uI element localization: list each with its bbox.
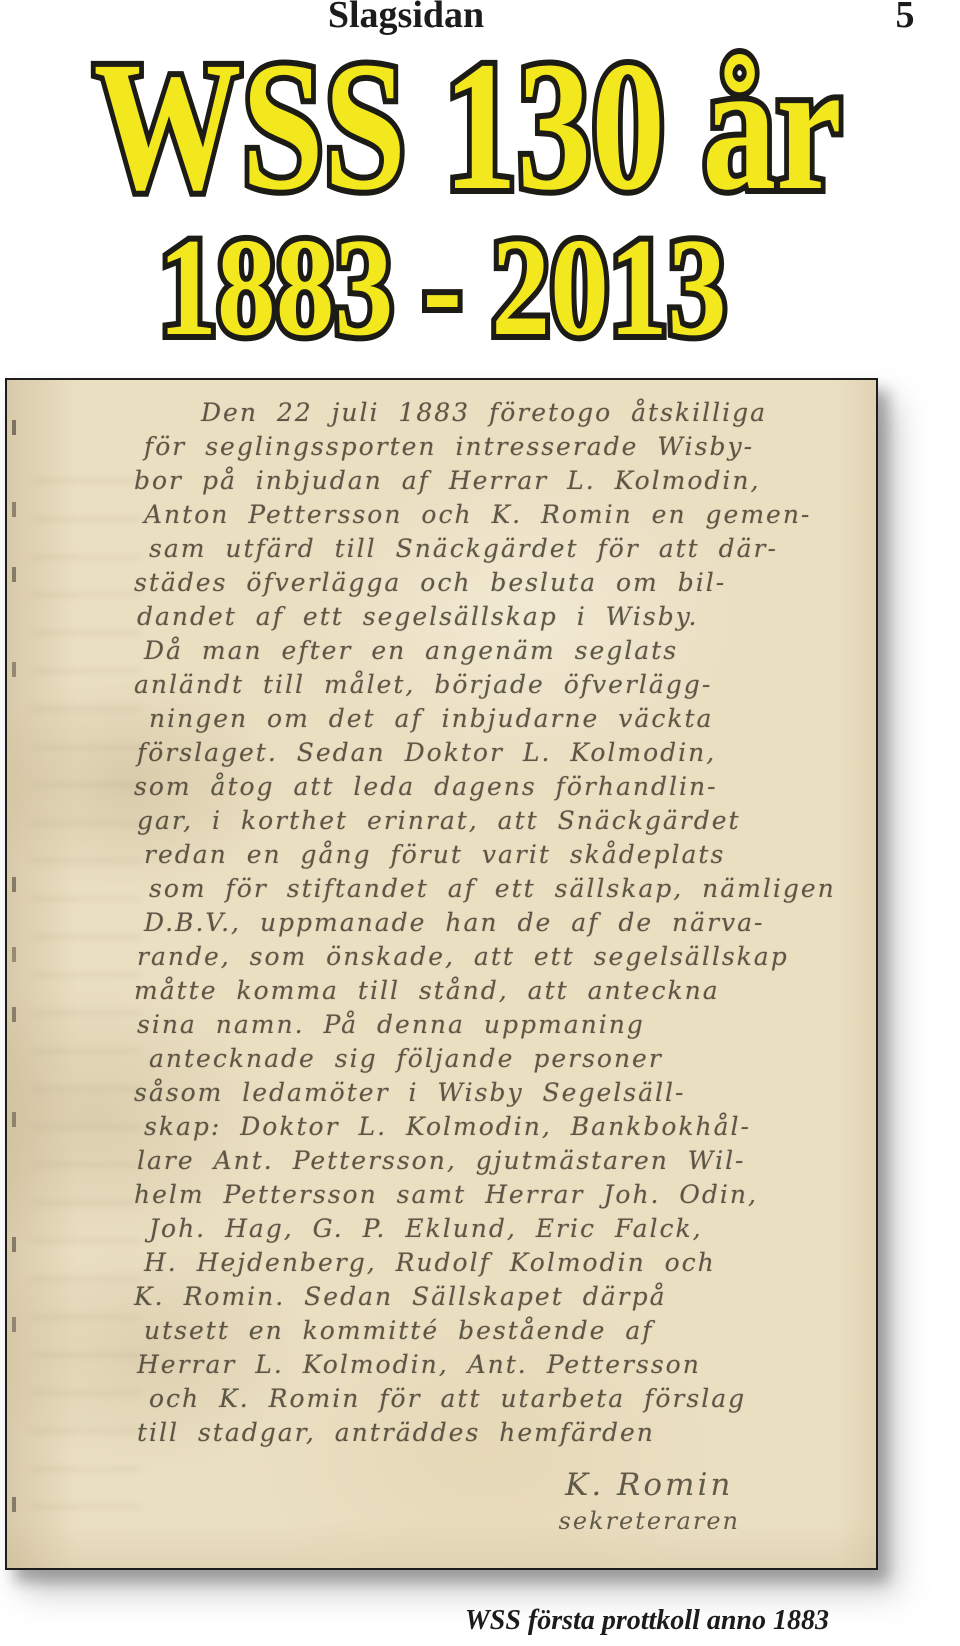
manuscript-line: rande, som önskade, att ett segelsällska…	[137, 940, 858, 974]
manuscript-line: ningen om det af inbjudarne väckta	[149, 702, 858, 736]
manuscript-line: Anton Pettersson och K. Romin en gemen-	[144, 498, 858, 532]
manuscript-line: anländt till målet, började öfverlägg-	[134, 668, 858, 702]
manuscript-line: för seglingssporten intresserade Wisby-	[144, 430, 858, 464]
manuscript-line: Då man efter en angenäm seglats	[144, 634, 858, 668]
manuscript-line: sam utfärd till Snäckgärdet för att där-	[149, 532, 858, 566]
manuscript-line: städes öfverlägga och besluta om bil-	[134, 566, 858, 600]
manuscript-line: K. Romin. Sedan Sällskapet därpå	[134, 1280, 858, 1314]
manuscript-line: dandet af ett segelsällskap i Wisby.	[137, 600, 858, 634]
signature-role: sekreteraren	[559, 1506, 741, 1536]
manuscript-line: helm Pettersson samt Herrar Joh. Odin,	[134, 1178, 858, 1212]
anniversary-banner: WSS 130 år 1883 - 2013	[0, 52, 884, 338]
manuscript-line: redan en gång förut varit skådeplats	[144, 838, 858, 872]
manuscript-signature: K. Romin sekreteraren	[559, 1464, 741, 1536]
manuscript-line: bor på inbjudan af Herrar L. Kolmodin,	[134, 464, 858, 498]
banner-line-1: WSS 130 år	[94, 52, 842, 202]
margin-ticks	[12, 420, 16, 435]
bleed-through-smudge	[31, 450, 141, 1510]
manuscript-line: som för stiftandet af ett sällskap, näml…	[149, 872, 858, 906]
manuscript-line: sina namn. På denna uppmaning	[137, 1008, 858, 1042]
banner-line-2: 1883 - 2013	[158, 238, 726, 338]
manuscript-line: måtte komma till stånd, att anteckna	[134, 974, 858, 1008]
manuscript-line: förslaget. Sedan Doktor L. Kolmodin,	[137, 736, 858, 770]
manuscript-line: och K. Romin för att utarbeta förslag	[149, 1382, 858, 1416]
manuscript-line: Joh. Hag, G. P. Eklund, Eric Falck,	[149, 1212, 858, 1246]
signature-name: K. Romin	[559, 1464, 741, 1506]
manuscript-text: Den 22 juli 1883 företogo åtskilligaför …	[137, 396, 858, 1450]
manuscript-line: antecknade sig följande personer	[149, 1042, 858, 1076]
manuscript-line: som åtog att leda dagens förhandlin-	[134, 770, 858, 804]
page-number: 5	[896, 0, 915, 37]
caption: WSS första prottkoll anno 1883	[465, 1601, 829, 1641]
manuscript-line: H. Hejdenberg, Rudolf Kolmodin och	[144, 1246, 858, 1280]
manuscript-line: Herrar L. Kolmodin, Ant. Pettersson	[137, 1348, 858, 1382]
manuscript-line: D.B.V., uppmanade han de af de närva-	[144, 906, 858, 940]
manuscript-line: till stadgar, anträddes hemfärden	[137, 1416, 858, 1450]
manuscript-line: lare Ant. Pettersson, gjutmästaren Wil-	[137, 1144, 858, 1178]
manuscript-line: utsett en kommitté bestående af	[144, 1314, 858, 1348]
manuscript-scan: Den 22 juli 1883 företogo åtskilligaför …	[5, 378, 878, 1570]
manuscript-line: gar, i korthet erinrat, att Snäckgärdet	[137, 804, 858, 838]
manuscript-line: Den 22 juli 1883 företogo åtskilliga	[137, 396, 858, 430]
manuscript-line: skap: Doktor L. Kolmodin, Bankbokhål-	[144, 1110, 858, 1144]
manuscript-line: såsom ledamöter i Wisby Segelsäll-	[134, 1076, 858, 1110]
